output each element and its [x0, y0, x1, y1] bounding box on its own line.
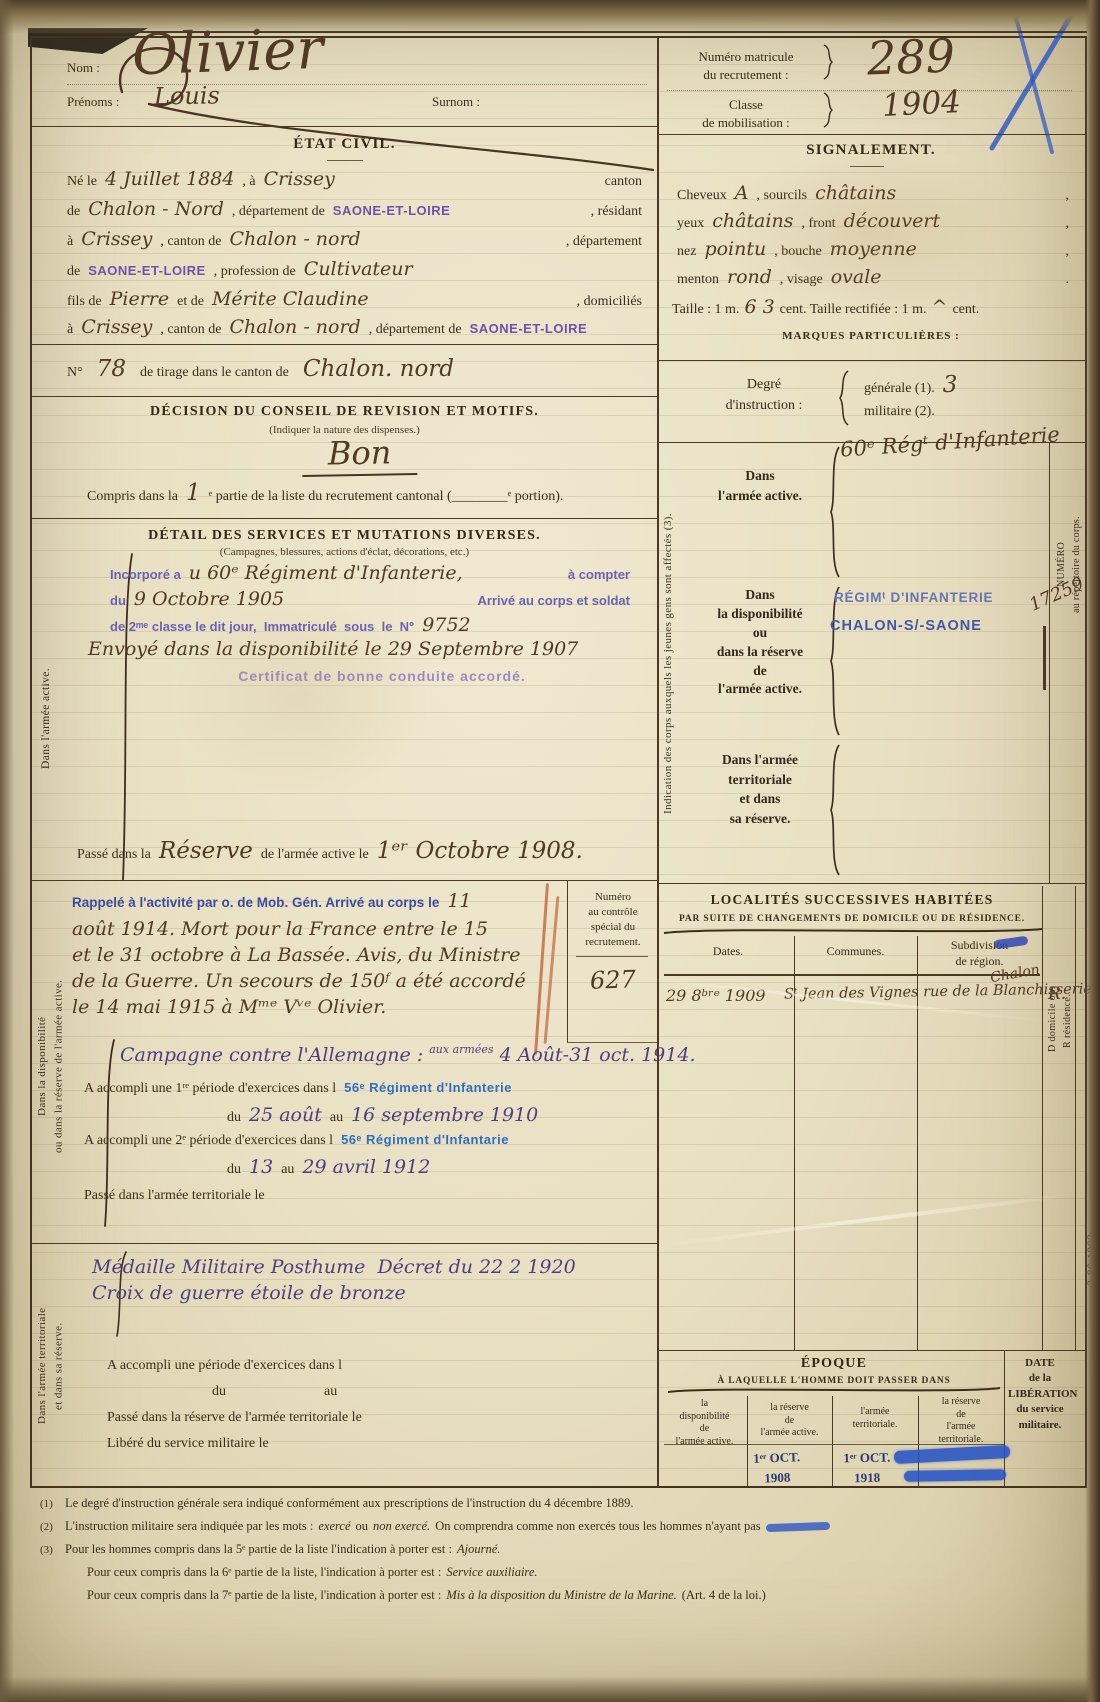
nom-label: Nom :: [67, 60, 100, 76]
territoriale-periode-line: A accompli une période d'exercices dans …: [107, 1358, 627, 1374]
corps-group-label: Dans l'armée active.: [692, 466, 828, 505]
mobilisation-line: le 14 mai 1915 à Mᵐᵉ Vᵛᵉ Olivier.: [72, 996, 570, 1018]
footnote: (1)Le degré d'instruction générale sera …: [40, 1496, 1080, 1511]
passe-reserve-line: Passé dans laRéservede l'armée active le…: [77, 838, 642, 864]
photo-edge-shadow-left: [0, 0, 14, 1702]
regiment-stamp-line2: CHALON-S/-SAONE: [830, 618, 982, 634]
paper-stain: [712, 148, 1032, 318]
brace-icon: [822, 44, 836, 82]
services-line: du9 Octobre 1905Arrivé au corps et solda…: [110, 588, 630, 610]
brace-icon: [828, 446, 844, 580]
signalement-row: yeuxchâtains, frontdécouvert,: [677, 210, 1069, 232]
passe-territoriale-line: Passé dans l'armée territoriale le: [84, 1188, 636, 1204]
mobilisation-line: août 1914. Mort pour la France entre le …: [72, 918, 570, 940]
medaille-line: Médaille Militaire Posthume Décret du 22…: [92, 1256, 632, 1278]
photo-edge-shadow-right: [1085, 0, 1100, 1702]
epoque-title: ÉPOQUE: [664, 1356, 1004, 1372]
instruction-militaire: militaire (2).: [864, 404, 1064, 420]
libere-line: Libéré du service militaire le: [107, 1436, 627, 1452]
services-line: de 2ᵐᵉ classe le dit jour, Immatriculé s…: [110, 614, 630, 636]
taille-row: Taille : 1 m.6 3cent. Taille rectifiée :…: [672, 296, 1072, 318]
etat-civil-line: àCrissey, canton deChalon - nord, départ…: [67, 316, 642, 338]
etat-civil-line: deSAONE-ET-LOIRE, profession deCultivate…: [67, 258, 642, 280]
services-side-label: Dans l'armée active.: [38, 593, 55, 843]
epoque-col-header: la réserve de l'armée active.: [749, 1402, 830, 1440]
territoriale-dates-line: du au: [212, 1384, 612, 1400]
mobilisation-side-label: Dans la disponibilité ou dans la réserve…: [34, 896, 67, 1236]
corps-group-label: Dans l'armée territoriale et dans sa rés…: [692, 750, 828, 828]
signalement-row: nezpointu, bouchemoyenne,: [677, 238, 1069, 260]
localites-side-label: D domicile ou R résidence.: [1045, 938, 1075, 1103]
numero-controle-label: Numéro au contrôle spécial du recrutemen…: [570, 890, 656, 949]
tirage-line: N°78de tirage dans le canton deChalon. n…: [67, 356, 627, 382]
instruction-label: Degré d'instruction :: [704, 374, 824, 416]
localites-header-communes: Communes.: [796, 944, 915, 959]
numero-controle-value: 627: [590, 965, 637, 995]
classe-value: 1904: [881, 84, 962, 124]
surnom-label: Surnom :: [432, 94, 480, 110]
signalement-title: SIGNALEMENT.: [657, 142, 1085, 159]
brace-icon: [822, 92, 836, 130]
periode1-line: A accompli une 1ʳᵉ période d'exercices d…: [84, 1080, 636, 1097]
periode1-dates-line: du25 aoûtau16 septembre 1910: [227, 1104, 637, 1126]
conduct-stamp: Certificat de bonne conduite accordé.: [182, 668, 582, 684]
marques-label: MARQUES PARTICULIÈRES :: [657, 330, 1085, 342]
localites-subtitle: PAR SUITE DE CHANGEMENTS DE DOMICILE OU …: [657, 914, 1047, 924]
etat-civil-line: deChalon - Nord, département deSAONE-ET-…: [67, 198, 642, 220]
signalement-row: CheveuxA, sourcilschâtains,: [677, 182, 1069, 204]
localites-row-dr: R.: [1048, 984, 1066, 1004]
brace-icon: [828, 744, 844, 878]
regiment-stamp-line1: RÉGIMᵗ D'INFANTERIE: [834, 590, 993, 605]
form-frame: Nom : Olivier Prénoms : Louis Surnom : É…: [30, 36, 1087, 1488]
footnote: (3)Pour les hommes compris dans la 5ᵉ pa…: [40, 1542, 1080, 1557]
etat-civil-line: àCrissey, canton deChalon - nord, départ…: [67, 228, 642, 250]
epoque-col-header: la disponibilité de l'armée active.: [664, 1398, 745, 1448]
mobilisation-line: et le 31 octobre à La Bassée. Avis, du M…: [72, 944, 570, 966]
epoque-col-header: l'armée territoriale.: [834, 1406, 916, 1431]
classe-label: Classe de mobilisation :: [677, 96, 815, 131]
signalement-row: mentonrond, visageovale.: [677, 266, 1069, 288]
epoque-date-header: DATE de la LIBÉRATION du service militai…: [1008, 1356, 1072, 1433]
matricule-label: Numéro matricule du recrutement :: [677, 48, 815, 83]
photo-edge-shadow-bottom: [0, 1676, 1100, 1702]
prenoms-label: Prénoms :: [67, 94, 119, 110]
etat-civil-title: ÉTAT CIVIL.: [32, 136, 657, 153]
territoriale-passe-line: Passé dans la réserve de l'armée territo…: [107, 1410, 627, 1426]
corps-numero-label: NUMÉRO au répertoire du corps.: [1054, 452, 1084, 677]
corps-side-label: Indication des corps auxquels les jeunes…: [660, 450, 677, 878]
brace-icon: [837, 370, 851, 428]
military-record-page: Nom : Olivier Prénoms : Louis Surnom : É…: [0, 0, 1100, 1702]
footnote: Pour ceux compris dans la 7ᵉ partie de l…: [62, 1588, 1080, 1603]
corps-group-label: Dans la disponibilité ou dans la réserve…: [692, 586, 828, 699]
localites-row-date: 29 8ᵇʳᵉ 1909: [666, 986, 766, 1005]
decision-value: Bon: [302, 433, 418, 477]
mobilisation-line: de la Guerre. Un secours de 150ᶠ a été a…: [72, 970, 570, 992]
corps-group-entry: 60ᵉ Régᵗ d'Infanterie: [839, 422, 1060, 461]
paper-crease: [653, 1192, 1080, 1248]
photo-edge-shadow-top: [0, 0, 1100, 34]
periode2-dates-line: du13au29 avril 1912: [227, 1156, 637, 1178]
matricule-value: 289: [866, 28, 956, 85]
epoque-value-stamp: 1ᵉʳ OCT. 1908: [731, 1446, 822, 1488]
periode2-line: A accompli une 2ᵉ période d'exercices da…: [84, 1132, 636, 1149]
mobilisation-line: Rappelé à l'activité par o. de Mob. Gén.…: [72, 890, 570, 912]
instruction-generale: générale (1).3: [864, 372, 1064, 398]
campagne-line: Campagne contre l'Allemagne :aux armées4…: [120, 1044, 652, 1066]
separator-squiggle-icon: [668, 1386, 1000, 1395]
footnote: (2)L'instruction militaire sera indiquée…: [40, 1519, 1080, 1534]
epoque-col-header: la réserve de l'armée territoriale.: [920, 1396, 1002, 1446]
footnote: Pour ceux compris dans la 6ᵉ partie de l…: [62, 1565, 1080, 1580]
localites-title: LOCALITÉS SUCCESSIVES HABITÉES: [657, 892, 1047, 908]
decision-title: DÉCISION DU CONSEIL DE REVISION ET MOTIF…: [32, 404, 657, 420]
compris-line: Compris dans la1ᵉ partie de la liste du …: [87, 480, 647, 506]
services-line: Envoyé dans la disponibilité le 29 Septe…: [88, 638, 628, 660]
services-title: DÉTAIL DES SERVICES ET MUTATIONS DIVERSE…: [32, 528, 657, 544]
territoriale-side-label: Dans l'armée territoriale et dans sa rés…: [34, 1250, 67, 1482]
epoque-subtitle: À LAQUELLE L'HOMME DOIT PASSER DANS: [664, 1376, 1004, 1386]
croix-line: Croix de guerre étoile de bronze: [92, 1282, 632, 1304]
separator-squiggle-icon: [664, 926, 1042, 936]
localites-header-dates: Dates.: [664, 944, 792, 959]
services-line: Incorporé au 60ᵉ Régiment d'Infanterie,à…: [110, 562, 630, 584]
etat-civil-line: Né le4 Juillet 1884, àCrisseycanton: [67, 168, 642, 190]
blue-redaction-bar: [904, 1469, 1006, 1482]
brace-icon: [828, 586, 844, 738]
etat-civil-line: fils dePierreet deMérite Claudine, domic…: [67, 288, 642, 310]
prenoms-value: Louis: [154, 81, 220, 110]
